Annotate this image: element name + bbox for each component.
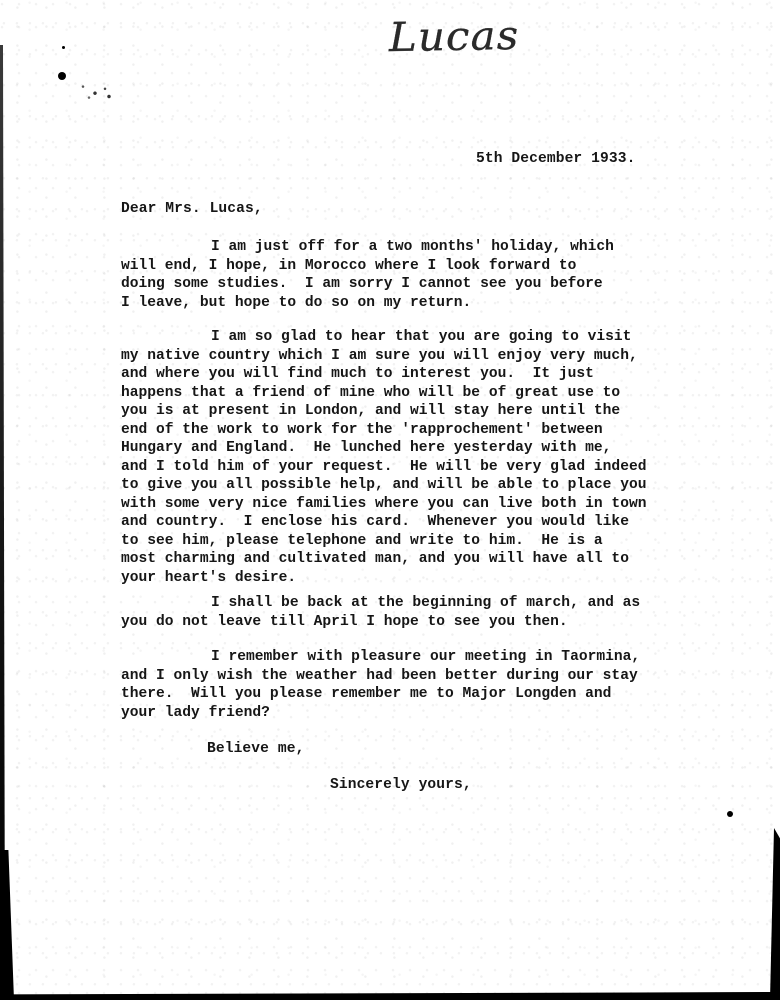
scan-edge-bottom xyxy=(0,992,780,1000)
ink-blot xyxy=(58,72,66,80)
salutation: Dear Mrs. Lucas, xyxy=(121,200,263,218)
paragraph-line: I am just off for a two months' holiday,… xyxy=(121,238,681,257)
paragraph-line: doing some studies. I am sorry I cannot … xyxy=(121,275,681,294)
paragraph-4: I remember with pleasure our meeting in … xyxy=(121,648,681,722)
paragraph-line: there. Will you please remember me to Ma… xyxy=(121,685,681,704)
paragraph-1: I am just off for a two months' holiday,… xyxy=(121,238,681,312)
closing-believe-me: Believe me, xyxy=(207,740,304,758)
paragraph-line: to give you all possible help, and will … xyxy=(121,476,681,495)
ink-speck xyxy=(62,46,65,49)
paragraph-line: I shall be back at the beginning of marc… xyxy=(121,594,681,613)
paragraph-line: to see him, please telephone and write t… xyxy=(121,532,681,551)
paragraph-line: I am so glad to hear that you are going … xyxy=(121,328,681,347)
paragraph-line: and country. I enclose his card. Wheneve… xyxy=(121,513,681,532)
paragraph-line: your heart's desire. xyxy=(121,569,681,588)
paragraph-line: most charming and cultivated man, and yo… xyxy=(121,550,681,569)
paragraph-line: you is at present in London, and will st… xyxy=(121,402,681,421)
paragraph-line: your lady friend? xyxy=(121,704,681,723)
scan-edge-right xyxy=(770,828,780,1000)
paragraph-line: and where you will find much to interest… xyxy=(121,365,681,384)
paragraph-line: Hungary and England. He lunched here yes… xyxy=(121,439,681,458)
paragraph-line: and I told him of your request. He will … xyxy=(121,458,681,477)
handwritten-annotation: Lucas xyxy=(388,13,519,61)
letter-date: 5th December 1933. xyxy=(476,150,635,168)
paragraph-line: end of the work to work for the 'rapproc… xyxy=(121,421,681,440)
paragraph-line: I remember with pleasure our meeting in … xyxy=(121,648,681,667)
paragraph-line: will end, I hope, in Morocco where I loo… xyxy=(121,257,681,276)
paragraph-line: you do not leave till April I hope to se… xyxy=(121,613,681,632)
paragraph-3: I shall be back at the beginning of marc… xyxy=(121,594,681,631)
paragraph-line: and I only wish the weather had been bet… xyxy=(121,667,681,686)
paragraph-line: happens that a friend of mine who will b… xyxy=(121,384,681,403)
speckle-cluster xyxy=(75,80,115,102)
closing-sincerely: Sincerely yours, xyxy=(330,776,472,794)
scan-edge-left-bottom xyxy=(0,850,14,1000)
letter-page: Lucas 5th December 1933. Dear Mrs. Lucas… xyxy=(0,0,780,1000)
paragraph-line: my native country which I am sure you wi… xyxy=(121,347,681,366)
ink-blot xyxy=(727,811,733,817)
paragraph-line: with some very nice families where you c… xyxy=(121,495,681,514)
paragraph-2: I am so glad to hear that you are going … xyxy=(121,328,681,587)
paragraph-line: I leave, but hope to do so on my return. xyxy=(121,294,681,313)
